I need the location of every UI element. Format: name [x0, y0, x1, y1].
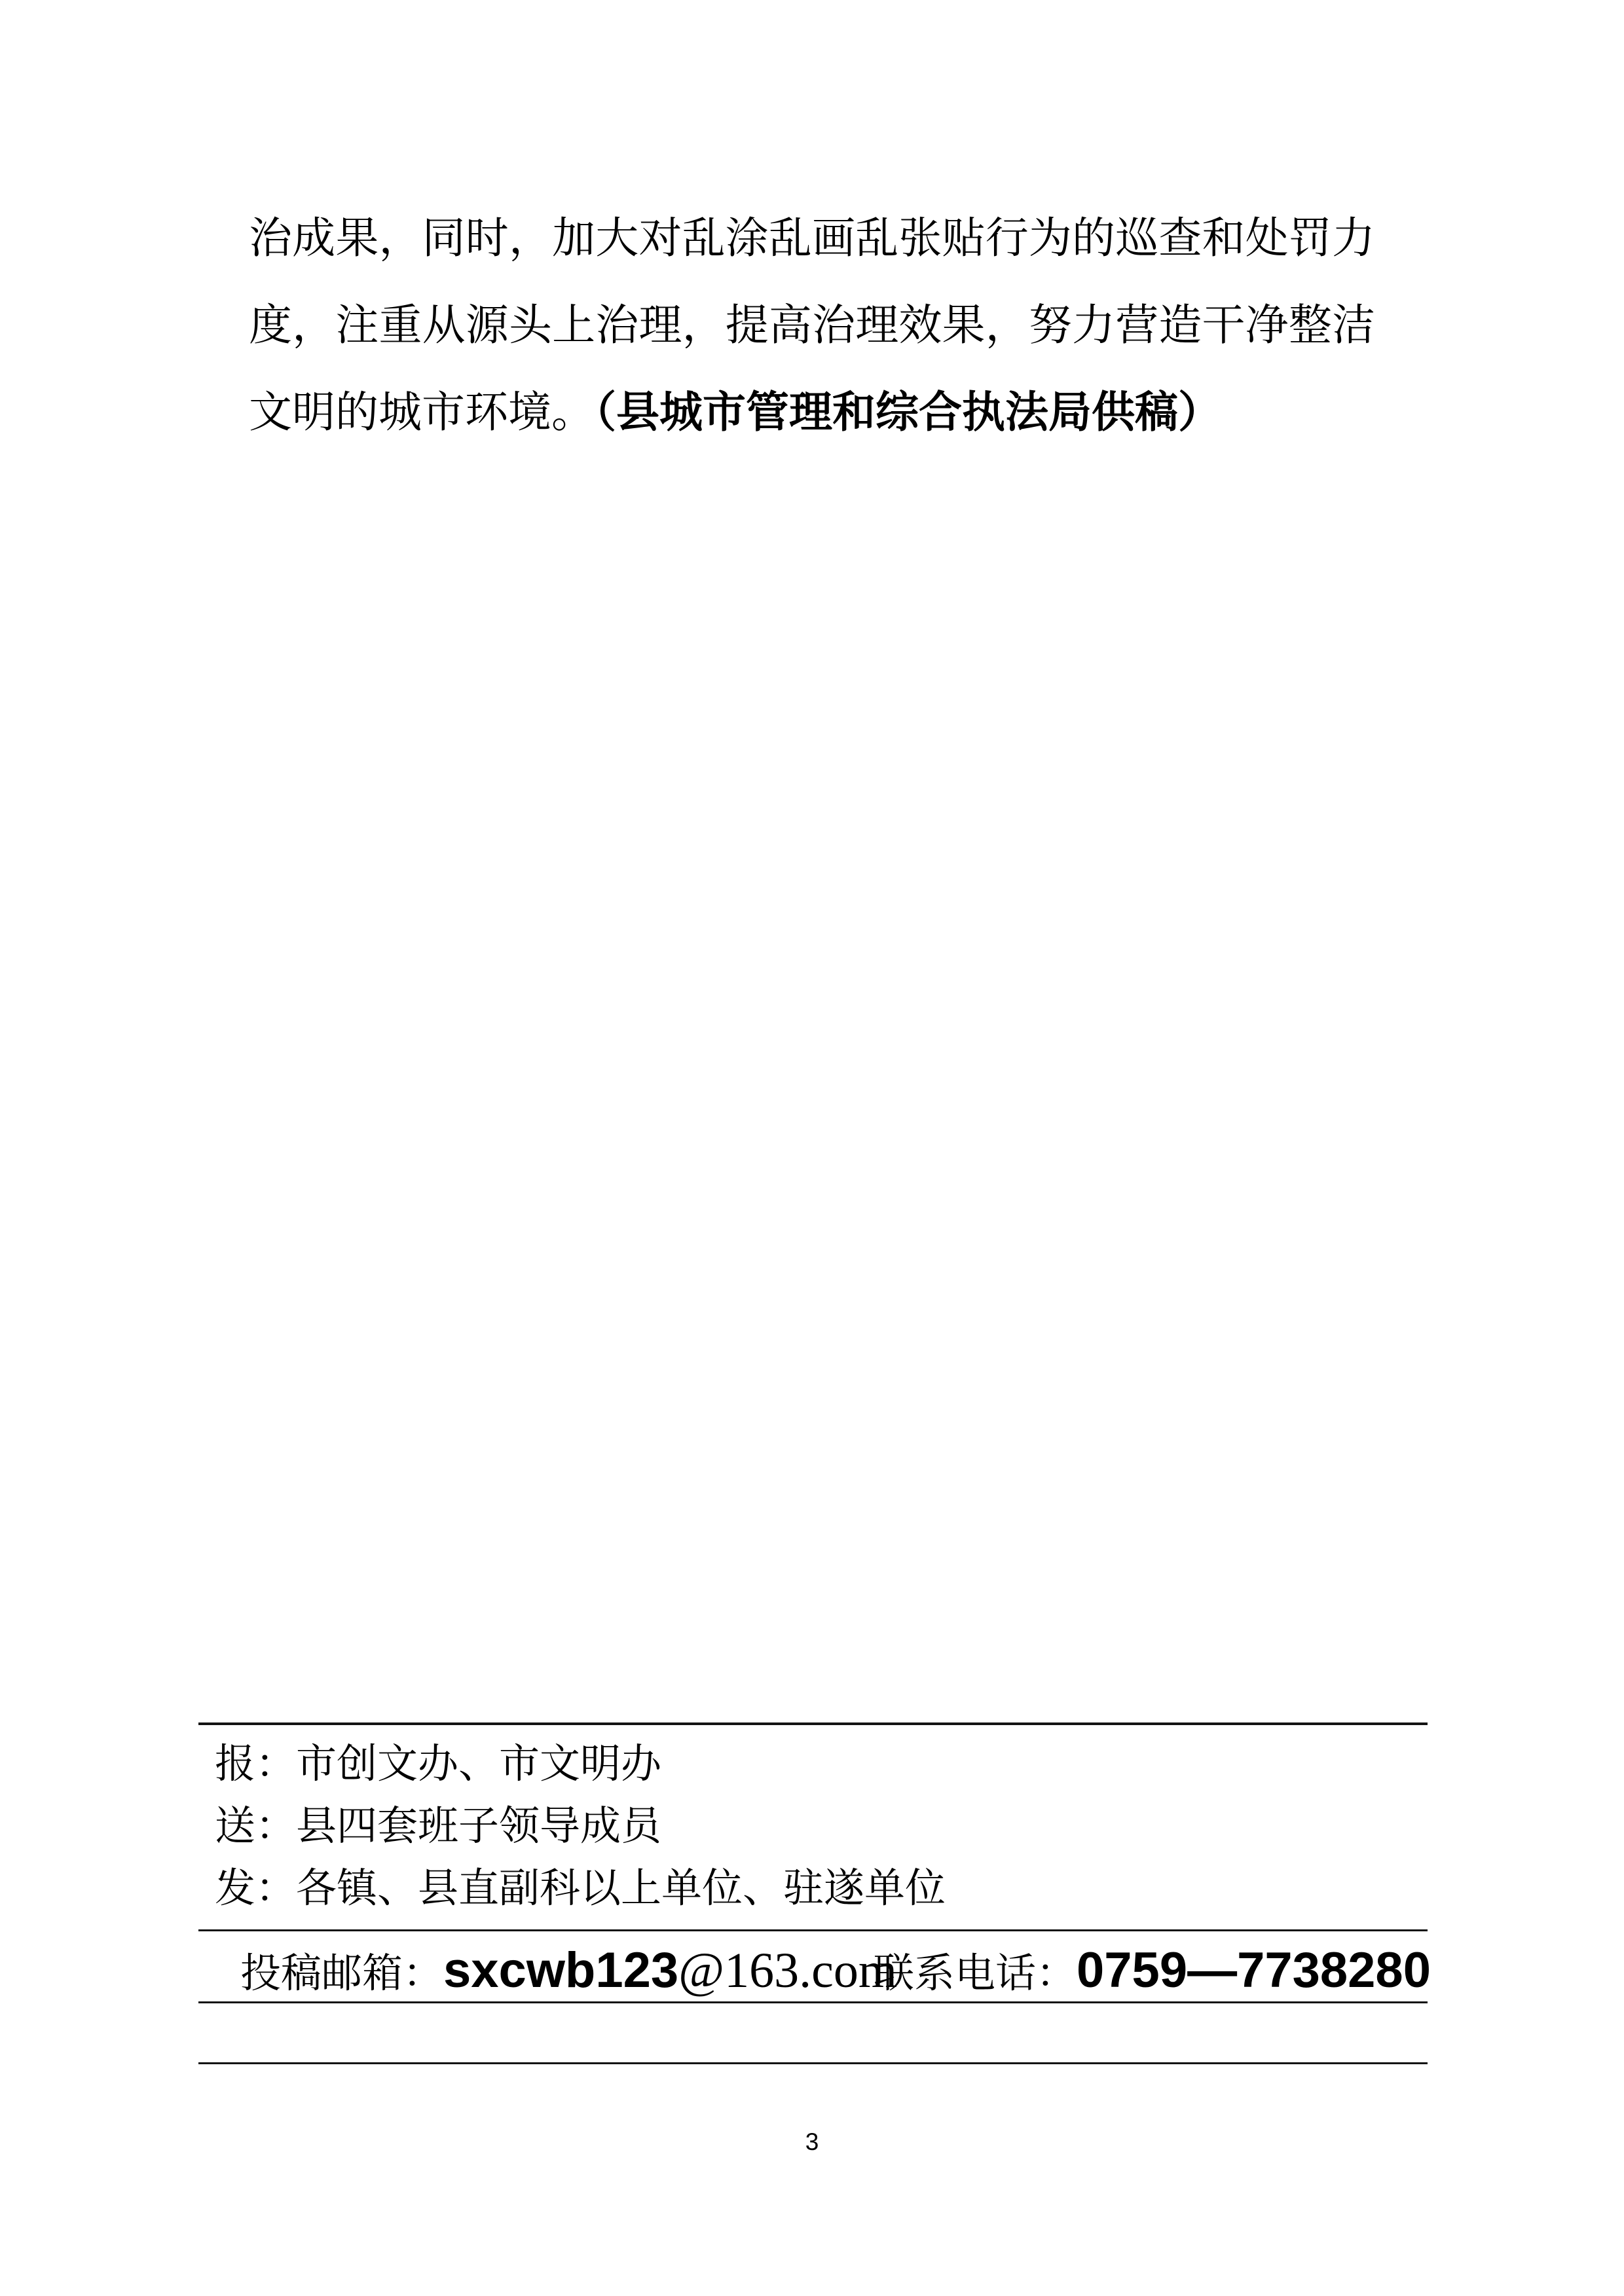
footer-separator-top — [198, 1722, 1428, 1725]
routing-row-send: 送：县四套班子领导成员 — [215, 1796, 1433, 1858]
body-line-1: 治成果，同时，加大对乱涂乱画乱张贴行为的巡查和处罚力 — [249, 195, 1375, 282]
footer-separator-bottom — [198, 2001, 1428, 2003]
phone-label: 联系电话： — [874, 1952, 1077, 1996]
email-domain-text: @163.com — [678, 1943, 897, 1998]
phone-number-text: 0759—7738280 — [1077, 1942, 1431, 1998]
footer-separator-middle — [198, 1929, 1428, 1931]
contact-email-group: 投稿邮箱：sxcwb123@163.com — [240, 1939, 897, 2001]
routing-row-distribute: 发：各镇、县直副科以上单位、驻遂单位 — [215, 1858, 1433, 1920]
page-number: 3 — [0, 2129, 1624, 2155]
body-line-2: 度，注重从源头上治理，提高治理效果，努力营造干净整洁 — [249, 282, 1375, 369]
footer-separator-last — [198, 2062, 1428, 2064]
contact-phone-group: 联系电话：0759—7738280 — [874, 1939, 1431, 2001]
body-paragraph: 治成果，同时，加大对乱涂乱画乱张贴行为的巡查和处罚力 度，注重从源头上治理，提高… — [249, 195, 1375, 456]
email-label: 投稿邮箱： — [240, 1952, 443, 1996]
routing-row-report: 报：市创文办、市文明办 — [215, 1734, 1433, 1796]
document-page: 治成果，同时，加大对乱涂乱画乱张贴行为的巡查和处罚力 度，注重从源头上治理，提高… — [0, 0, 1624, 2296]
attribution-source-bold: （县城市管理和综合执法局供稿） — [595, 389, 1221, 437]
body-line-3-text: 文明的城市环境。 — [249, 389, 595, 437]
footer-routing-list: 报：市创文办、市文明办 送：县四套班子领导成员 发：各镇、县直副科以上单位、驻遂… — [215, 1734, 1433, 1920]
email-user-text: sxcwb123 — [443, 1942, 678, 1998]
body-line-3: 文明的城市环境。（县城市管理和综合执法局供稿） — [249, 369, 1375, 456]
